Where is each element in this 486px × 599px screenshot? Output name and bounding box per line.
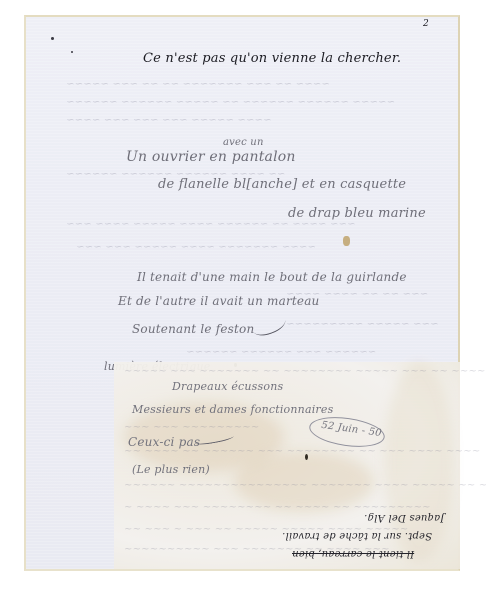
manuscript-line: de flanelle bl[anche] et en casquette	[158, 177, 406, 192]
page-number: 2	[423, 19, 429, 29]
pasted-slip: ~~~~~ ~~~ ~~~~~~~ ~~ ~~~~~~~~ ~~~~~ ~~~ …	[114, 362, 460, 569]
interlinear-insertion: avec un	[223, 137, 264, 148]
manuscript-line: Et de l'autre il avait un marteau	[118, 294, 320, 308]
show-through-text: ~~~~ ~~~~~~~ ~~~~ ~~~~~ ~~~ ~~~	[76, 242, 316, 253]
show-through-text: ~~~ ~~~~~ ~~~~~~~~~	[286, 319, 439, 330]
manuscript-line: Un ouvrier en pantalon	[126, 149, 296, 165]
show-through-text: ~~~~ ~~~~~ ~~~ ~~~ ~~~ ~~~~	[66, 115, 272, 126]
slip-underlayer-text: ~~~ ~~~ ~~~~~~~~~	[124, 422, 259, 433]
ink-dot	[51, 37, 54, 40]
show-through-text: ~~~~~ ~~~~~~ ~~~~~~ ~~ ~~~~~ ~~~~~~ ~~~~…	[66, 97, 395, 108]
manuscript-line: de drap bleu marine	[288, 206, 426, 221]
slip-underlayer-text: ~~~~~~ ~~~~~~~~~~~~~~~ ~~~~~~~ ~~~~ ~~~~…	[124, 480, 486, 491]
inverted-line: Sept. sur la tâche de travail.	[282, 530, 432, 541]
slip-underlayer-text: ~~~~~ ~~~ ~~~~~~~ ~~ ~~~~~~~~ ~~~~~ ~~~ …	[124, 366, 486, 377]
slip-line: (Le plus rien)	[132, 463, 210, 476]
show-through-text: ~~~~ ~~ ~~~ ~~~~~~~ ~~ ~~ ~~~ ~~~~~	[66, 79, 330, 90]
stain-spot	[343, 236, 350, 246]
heading-line: Ce n'est pas qu'on vienne la chercher.	[143, 51, 401, 66]
manuscript-line: Soutenant le feston	[132, 322, 254, 336]
slip-line: Messieurs et dames fonctionnaires	[132, 403, 333, 416]
ink-dot	[71, 51, 73, 53]
ink-blot	[305, 454, 308, 460]
show-through-text: ~~~~~~ ~~~ ~~~~~~ ~~~~~~	[186, 347, 376, 358]
slip-line: Drapeaux écussons	[172, 380, 283, 393]
manuscript-page: ~~~~ ~~ ~~~ ~~~~~~~ ~~ ~~ ~~~ ~~~~~ ~~~~…	[24, 15, 460, 571]
slip-line: Ceux-ci pas	[128, 435, 200, 449]
inverted-line: Il tient le carreau, bien	[292, 548, 414, 559]
manuscript-line: Il tenait d'une main le bout de la guirl…	[137, 270, 407, 284]
pen-flourish	[250, 312, 288, 340]
inverted-line: Jaques Del Alg.	[364, 512, 444, 523]
